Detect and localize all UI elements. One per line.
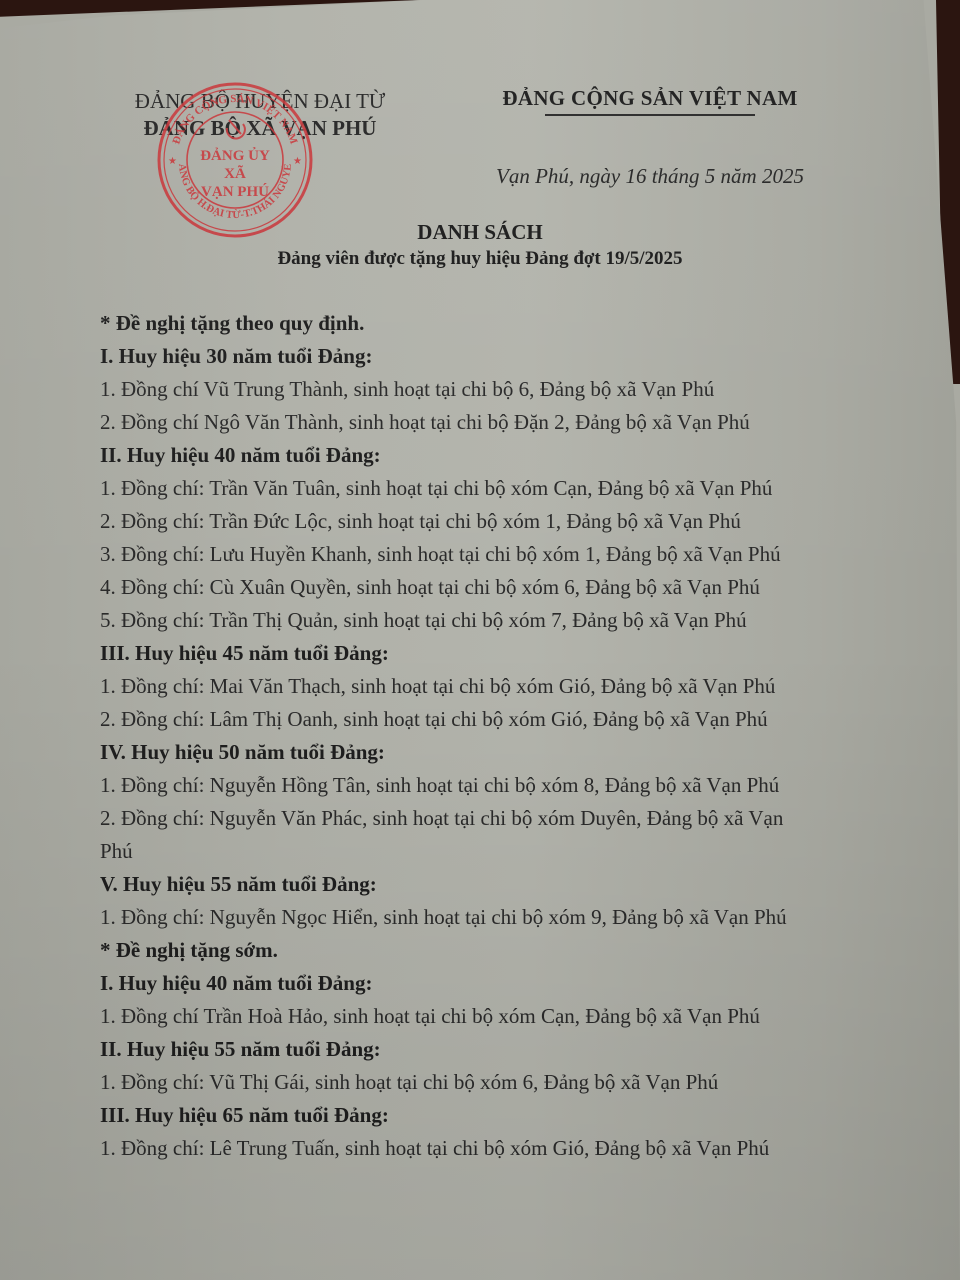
section-heading: II. Huy hiệu 40 năm tuổi Đảng:: [100, 439, 890, 472]
list-item: 1. Đồng chí: Nguyễn Ngọc Hiển, sinh hoạt…: [100, 901, 890, 934]
list-item: 4. Đồng chí: Cù Xuân Quyền, sinh hoạt tạ…: [100, 571, 890, 604]
list-item: 2. Đồng chí Ngô Văn Thành, sinh hoạt tại…: [100, 406, 890, 439]
section-heading: I. Huy hiệu 40 năm tuổi Đảng:: [100, 967, 890, 1000]
list-item: Phú: [100, 835, 890, 868]
list-item: 1. Đồng chí: Trần Văn Tuân, sinh hoạt tạ…: [100, 472, 890, 505]
list-item: 2. Đồng chí: Trần Đức Lộc, sinh hoạt tại…: [100, 505, 890, 538]
list-item: 1. Đồng chí: Nguyễn Hồng Tân, sinh hoạt …: [100, 769, 890, 802]
section-heading: IV. Huy hiệu 50 năm tuổi Đảng:: [100, 736, 890, 769]
svg-text:ĐẢNG CỘNG SẢN VIỆT NAM: ĐẢNG CỘNG SẢN VIỆT NAM: [170, 93, 300, 146]
list-item: 1. Đồng chí: Mai Văn Thạch, sinh hoạt tạ…: [100, 670, 890, 703]
document-paper: ĐẢNG BỘ HUYỆN ĐẠI TỪ ĐẢNG BỘ XÃ VẠN PHÚ …: [0, 0, 960, 1280]
section-heading: V. Huy hiệu 55 năm tuổi Đảng:: [100, 868, 890, 901]
party-name: ĐẢNG CỘNG SẢN VIỆT NAM: [502, 86, 797, 110]
document-title: DANH SÁCH: [0, 220, 960, 245]
official-seal-stamp-icon: ĐẢNG CỘNG SẢN VIỆT NAM ĐẢNG BỘ H.ĐẠI TỪ-…: [155, 80, 315, 240]
svg-text:ĐẢNG BỘ H.ĐẠI TỪ-T.THÁI NGUYÊN: ĐẢNG BỘ H.ĐẠI TỪ-T.THÁI NGUYÊN: [155, 80, 294, 221]
list-item: 1. Đồng chí Trần Hoà Hảo, sinh hoạt tại …: [100, 1000, 890, 1033]
organization-line-2: ĐẢNG BỘ XÃ VẠN PHÚ: [105, 115, 415, 142]
place-and-date: Vạn Phú, ngày 16 tháng 5 năm 2025: [470, 164, 830, 189]
list-item: 2. Đồng chí: Lâm Thị Oanh, sinh hoạt tại…: [100, 703, 890, 736]
section-heading: * Đề nghị tặng sớm.: [100, 934, 890, 967]
list-item: 5. Đồng chí: Trần Thị Quản, sinh hoạt tạ…: [100, 604, 890, 637]
party-name-header: ĐẢNG CỘNG SẢN VIỆT NAM: [460, 86, 840, 116]
member-list: * Đề nghị tặng theo quy định.I. Huy hiệu…: [100, 307, 890, 1165]
svg-text:XÃ: XÃ: [224, 164, 246, 182]
section-heading: I. Huy hiệu 30 năm tuổi Đảng:: [100, 340, 890, 373]
section-heading: III. Huy hiệu 65 năm tuổi Đảng:: [100, 1099, 890, 1132]
svg-text:ĐẢNG ỦY: ĐẢNG ỦY: [200, 147, 270, 164]
section-heading: * Đề nghị tặng theo quy định.: [100, 307, 890, 340]
svg-text:★: ★: [293, 156, 302, 167]
header-underline: [545, 114, 755, 116]
svg-text:VẠN PHÚ: VẠN PHÚ: [201, 183, 269, 200]
section-heading: III. Huy hiệu 45 năm tuổi Đảng:: [100, 637, 890, 670]
list-item: 1. Đồng chí Vũ Trung Thành, sinh hoạt tạ…: [100, 373, 890, 406]
issuing-organization: ĐẢNG BỘ HUYỆN ĐẠI TỪ ĐẢNG BỘ XÃ VẠN PHÚ: [105, 88, 415, 142]
organization-line-1: ĐẢNG BỘ HUYỆN ĐẠI TỪ: [105, 88, 415, 115]
svg-text:★: ★: [168, 156, 177, 167]
list-item: 1. Đồng chí: Vũ Thị Gái, sinh hoạt tại c…: [100, 1066, 890, 1099]
section-heading: II. Huy hiệu 55 năm tuổi Đảng:: [100, 1033, 890, 1066]
list-item: 1. Đồng chí: Lê Trung Tuấn, sinh hoạt tạ…: [100, 1132, 890, 1165]
list-item: 3. Đồng chí: Lưu Huyền Khanh, sinh hoạt …: [100, 538, 890, 571]
list-item: 2. Đồng chí: Nguyễn Văn Phác, sinh hoạt …: [100, 802, 890, 835]
document-subtitle: Đảng viên được tặng huy hiệu Đảng đợt 19…: [0, 248, 960, 270]
